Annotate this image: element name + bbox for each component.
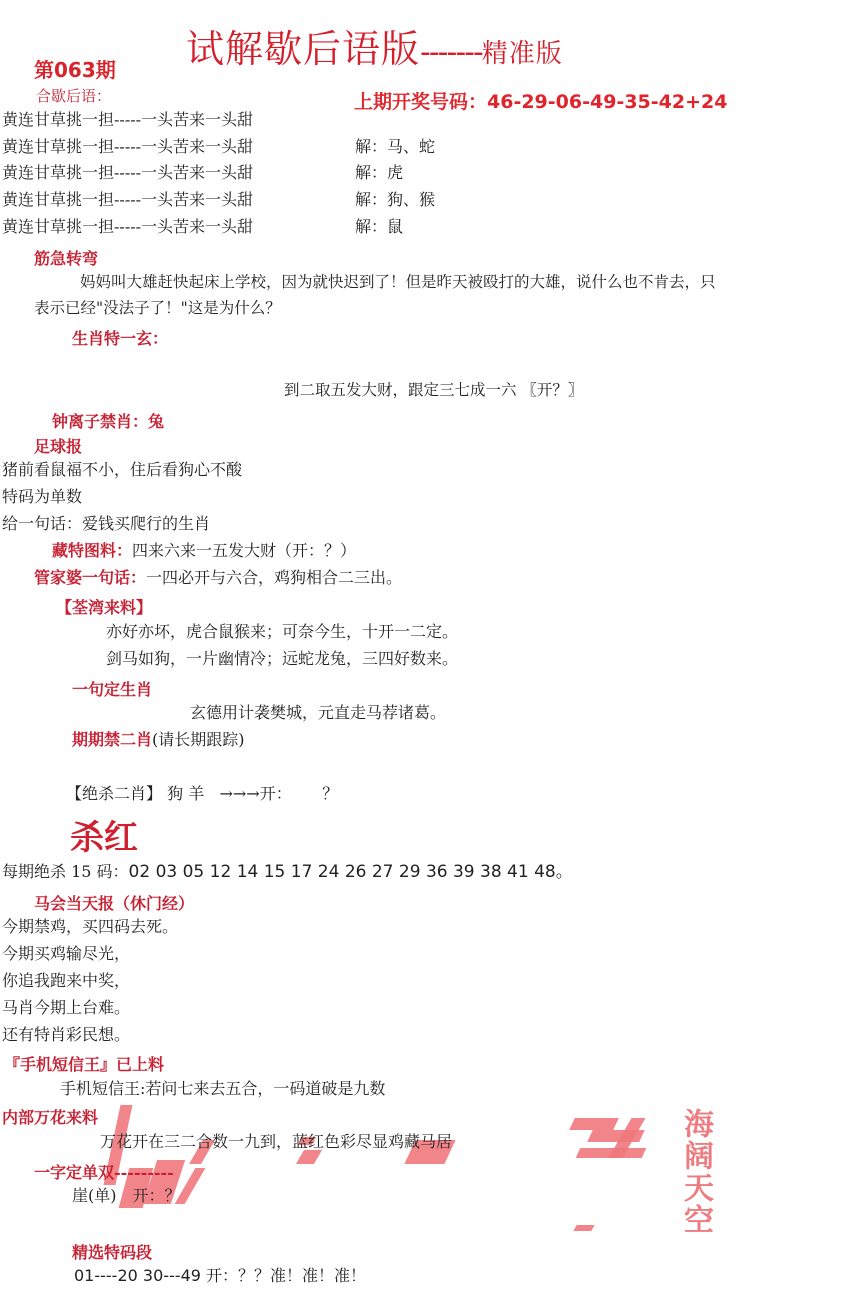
issue-number: 第063期 bbox=[34, 54, 116, 83]
previous-draw-label: 上期开奖号码： bbox=[354, 91, 487, 113]
quanwan-heading: 【荃湾来料】 bbox=[56, 595, 152, 618]
housekeeper-label: 管家婆一句话： bbox=[34, 568, 146, 587]
housekeeper-saying: 管家婆一句话：一四必开与六合，鸡狗相合二三出。 bbox=[34, 568, 402, 588]
xiehouyu-line: 黄连甘草挑一担-----一头苦来一头甜 bbox=[2, 163, 253, 183]
zodiac-riddle-heading: 生肖特一玄： bbox=[72, 326, 168, 349]
kill-red-heading: 杀红 bbox=[70, 810, 138, 859]
odd-even-text: 崖(单) 开：？ bbox=[72, 1186, 181, 1206]
quanwan-line: 剑马如狗，一片幽情冷；远蛇龙兔，三四好数来。 bbox=[106, 649, 458, 669]
housekeeper-text: 一四必开与六合，鸡狗相合二三出。 bbox=[146, 568, 402, 587]
xiehouyu-line: 黄连甘草挑一担-----一头苦来一头甜 bbox=[2, 110, 253, 130]
page-title: 试解歇后语版-------精准版 bbox=[186, 18, 563, 73]
wanhua-text: 万花开在三二合数一九到，蓝红色彩尽显鸡藏马居 bbox=[100, 1132, 452, 1152]
hidden-chart-text: 四来六来一五发大财（开：？） bbox=[132, 541, 356, 560]
xiehouyu-answer: 解：狗、猴 bbox=[355, 190, 435, 210]
kill-red-label: 每期绝杀 15 码： bbox=[2, 862, 129, 881]
kill-two-result: ？ bbox=[322, 784, 338, 803]
jockey-club-line: 你追我跑来中奖， bbox=[2, 971, 130, 991]
one-sentence-heading: 一句定生肖 bbox=[72, 677, 152, 700]
ban-two-zodiac: 期期禁二肖(请长期跟踪) bbox=[72, 730, 245, 750]
sms-king-text: 手机短信王:若问七来去五合，一码道破是九数 bbox=[60, 1079, 385, 1099]
hidden-chart-label: 藏特图料： bbox=[52, 541, 132, 560]
wanhua-heading: 内部万花来料 bbox=[2, 1105, 98, 1128]
ban-two-heading: 期期禁二肖 bbox=[72, 730, 152, 749]
xiehouyu-answer: 解：鼠 bbox=[355, 217, 403, 237]
jockey-club-line: 马肖今期上台难。 bbox=[2, 998, 130, 1018]
one-sentence-text: 玄德用计袭樊城，元直走马荐诸葛。 bbox=[190, 703, 446, 723]
previous-draw-numbers: 46-29-06-49-35-42+24 bbox=[487, 91, 727, 113]
brain-teaser-line-1: 妈妈叫大雄赶快起床上学校，因为就快迟到了！但是昨天被殴打的大雄，说什么也不肯去，… bbox=[80, 272, 716, 292]
football-heading: 足球报 bbox=[34, 434, 82, 457]
jockey-club-line: 今期买鸡输尽光， bbox=[2, 944, 130, 964]
xiehouyu-answer: 解：马、蛇 bbox=[355, 137, 435, 157]
kill-two-zodiac: 【绝杀二肖】 狗 羊 →→→开： ？ bbox=[66, 784, 338, 804]
ban-two-note: (请长期跟踪) bbox=[152, 730, 245, 749]
xiehouyu-answer: 解：虎 bbox=[355, 163, 403, 183]
zhongli-ban: 钟离子禁肖：兔 bbox=[52, 409, 164, 432]
kill-two-animals: 狗 羊 bbox=[167, 784, 204, 803]
kill-red-values: 02 03 05 12 14 15 17 24 26 27 29 36 39 3… bbox=[129, 862, 573, 882]
code-range-text: 01----20 30---49 开：？？准！准！准！ bbox=[74, 1266, 366, 1286]
odd-even-dashes: --------- bbox=[114, 1163, 174, 1182]
quanwan-line: 亦好亦坏，虎合鼠猴来；可奈今生，十开一二定。 bbox=[106, 622, 458, 642]
xiehouyu-heading: 合歇后语： bbox=[36, 85, 111, 106]
hidden-chart: 藏特图料：四来六来一五发大财（开：？） bbox=[52, 541, 356, 561]
brain-teaser-heading: 筋急转弯 bbox=[34, 246, 98, 269]
xiehouyu-line: 黄连甘草挑一担-----一头苦来一头甜 bbox=[2, 137, 253, 157]
zhongli-label: 钟离子禁肖： bbox=[52, 412, 148, 431]
title-suffix: 精准版 bbox=[482, 39, 563, 69]
sms-king-heading: 『手机短信王』已上料 bbox=[4, 1052, 164, 1075]
xiehouyu-line: 黄连甘草挑一担-----一头苦来一头甜 bbox=[2, 217, 253, 237]
football-line: 特码为单数 bbox=[2, 487, 82, 507]
odd-even-heading: 一字定单双--------- bbox=[34, 1160, 174, 1183]
kill-two-label: 【绝杀二肖】 bbox=[66, 784, 162, 803]
title-dashes: ------- bbox=[420, 35, 482, 70]
title-main: 试解歇后语版 bbox=[186, 27, 420, 71]
code-range-heading: 精选特码段 bbox=[72, 1240, 152, 1263]
kill-two-arrows: →→→开： bbox=[219, 784, 291, 803]
jockey-club-line: 今期禁鸡，买四码去死。 bbox=[2, 917, 178, 937]
kill-red-numbers: 每期绝杀 15 码：02 03 05 12 14 15 17 24 26 27 … bbox=[2, 862, 573, 882]
zhongli-value: 兔 bbox=[148, 412, 164, 431]
brain-teaser-line-2: 表示已经"没法子了！"这是为什么？ bbox=[34, 298, 281, 318]
watermark-text: 海阔天空 bbox=[675, 1108, 715, 1236]
jockey-club-line: 还有特肖彩民想。 bbox=[2, 1025, 130, 1045]
jockey-club-heading: 马会当天报（休门经） bbox=[34, 891, 194, 914]
zodiac-riddle-text: 到二取五发大财，跟定三七成一六 〖开？〗 bbox=[284, 380, 583, 400]
football-line: 给一句话：爱钱买爬行的生肖 bbox=[2, 514, 210, 534]
previous-draw: 上期开奖号码：46-29-06-49-35-42+24 bbox=[354, 87, 727, 114]
odd-even-label: 一字定单双 bbox=[34, 1163, 114, 1182]
football-line: 猪前看鼠福不小，住后看狗心不酸 bbox=[2, 460, 242, 480]
xiehouyu-line: 黄连甘草挑一担-----一头苦来一头甜 bbox=[2, 190, 253, 210]
